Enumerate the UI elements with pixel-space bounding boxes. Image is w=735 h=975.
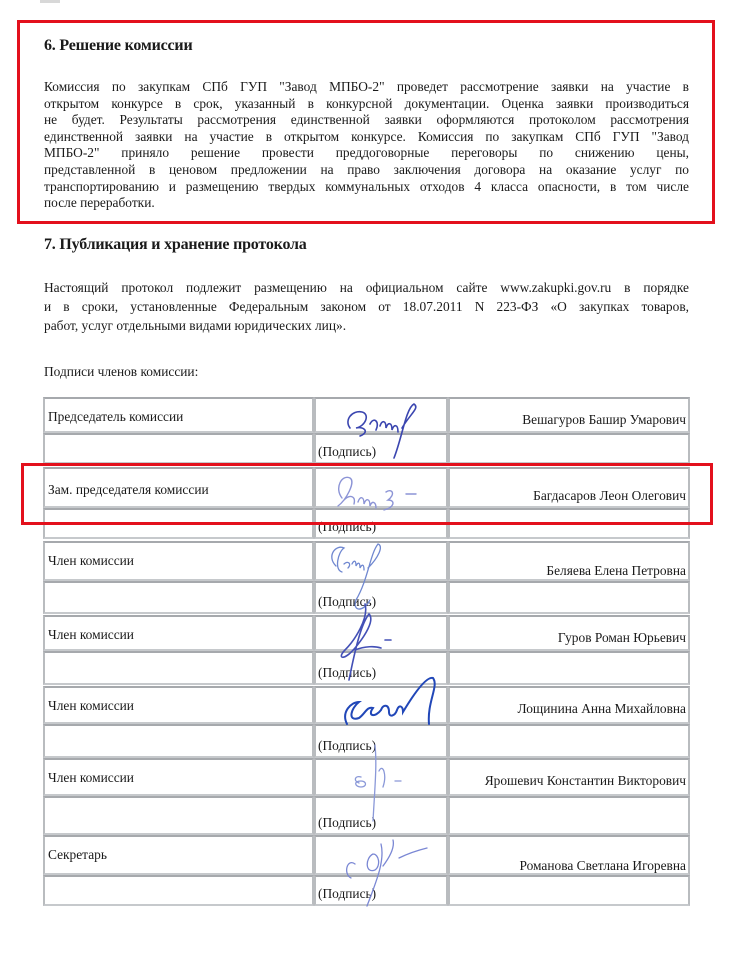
signature-cell <box>314 615 448 651</box>
signature-cell <box>314 686 448 724</box>
section6-paragraph: Комиссия по закупкам СПб ГУП "Завод МПБО… <box>44 79 689 212</box>
role-cell: Член комиссии <box>43 541 314 581</box>
role-cell: Председатель комиссии <box>43 397 314 433</box>
section7-paragraph: Настоящий протокол подлежит размещению н… <box>44 278 689 335</box>
text-line: МПБО-2" приняло решение провести преддог… <box>44 145 689 162</box>
table-row: (Подпись) <box>43 724 690 758</box>
text-line: единственной заявки на участие в открыто… <box>44 129 689 146</box>
text-line: открытом конкурсе в срок, указанный в ко… <box>44 96 689 113</box>
scan-artifact <box>40 0 60 3</box>
signature-cell <box>314 541 448 581</box>
signature-cell <box>314 835 448 875</box>
table-row: (Подпись) <box>43 875 690 906</box>
text-line: транспортированию и размещению твердых к… <box>44 179 689 196</box>
role-cell: Член комиссии <box>43 758 314 796</box>
role-cell: Член комиссии <box>43 615 314 651</box>
signature-cell <box>314 467 448 508</box>
signature-caption: (Подпись) <box>318 444 376 460</box>
name-cell: Романова Светлана Игоревна <box>448 835 690 875</box>
table-row: Зам. председателя комиссии Багдасаров Ле… <box>43 467 690 508</box>
text-line: представленной в ценовом предложении на … <box>44 162 689 179</box>
table-row: (Подпись) <box>43 651 690 685</box>
section6-title: 6. Решение комиссии <box>44 37 192 55</box>
table-row: Член комиссии Гуров Роман Юрьевич <box>43 615 690 651</box>
signatures-label: Подписи членов комиссии: <box>44 364 198 380</box>
signature-caption: (Подпись) <box>318 886 376 902</box>
signature-cell <box>314 397 448 433</box>
text-line: после переработки. <box>44 195 689 212</box>
signature-cell <box>314 758 448 796</box>
text-line: Настоящий протокол подлежит размещению н… <box>44 278 689 297</box>
table-row: Секретарь Романова Светлана Игоревна <box>43 835 690 875</box>
signature-caption: (Подпись) <box>318 815 376 831</box>
table-row: (Подпись) <box>43 508 690 539</box>
signature-caption: (Подпись) <box>318 665 376 681</box>
signature-caption: (Подпись) <box>318 519 376 535</box>
name-cell: Багдасаров Леон Олегович <box>448 467 690 508</box>
name-cell: Вешагуров Башир Умарович <box>448 397 690 433</box>
section7-title: 7. Публикация и хранение протокола <box>44 236 307 254</box>
role-cell: Секретарь <box>43 835 314 875</box>
text-line: и в сроки, установленные Федеральным зак… <box>44 297 689 316</box>
role-cell: Зам. председателя комиссии <box>43 467 314 508</box>
text-line: не будет. Результаты рассмотрения единст… <box>44 112 689 129</box>
table-row: Член комиссии Лощинина Анна Михайловна <box>43 686 690 724</box>
table-row: (Подпись) <box>43 796 690 835</box>
table-row: (Подпись) <box>43 581 690 614</box>
name-cell: Ярошевич Константин Викторович <box>448 758 690 796</box>
table-row: Председатель комиссии Вешагуров Башир Ум… <box>43 397 690 433</box>
table-row: Член комиссии Беляева Елена Петровна <box>43 541 690 581</box>
signature-caption: (Подпись) <box>318 738 376 754</box>
text-line: Комиссия по закупкам СПб ГУП "Завод МПБО… <box>44 79 689 96</box>
name-cell: Лощинина Анна Михайловна <box>448 686 690 724</box>
table-row: Член комиссии Ярошевич Константин Виктор… <box>43 758 690 796</box>
name-cell: Гуров Роман Юрьевич <box>448 615 690 651</box>
role-cell: Член комиссии <box>43 686 314 724</box>
text-line: работ, услуг отдельными видами юридическ… <box>44 316 689 335</box>
signature-caption: (Подпись) <box>318 594 376 610</box>
table-row: (Подпись) <box>43 433 690 464</box>
name-cell: Беляева Елена Петровна <box>448 541 690 581</box>
